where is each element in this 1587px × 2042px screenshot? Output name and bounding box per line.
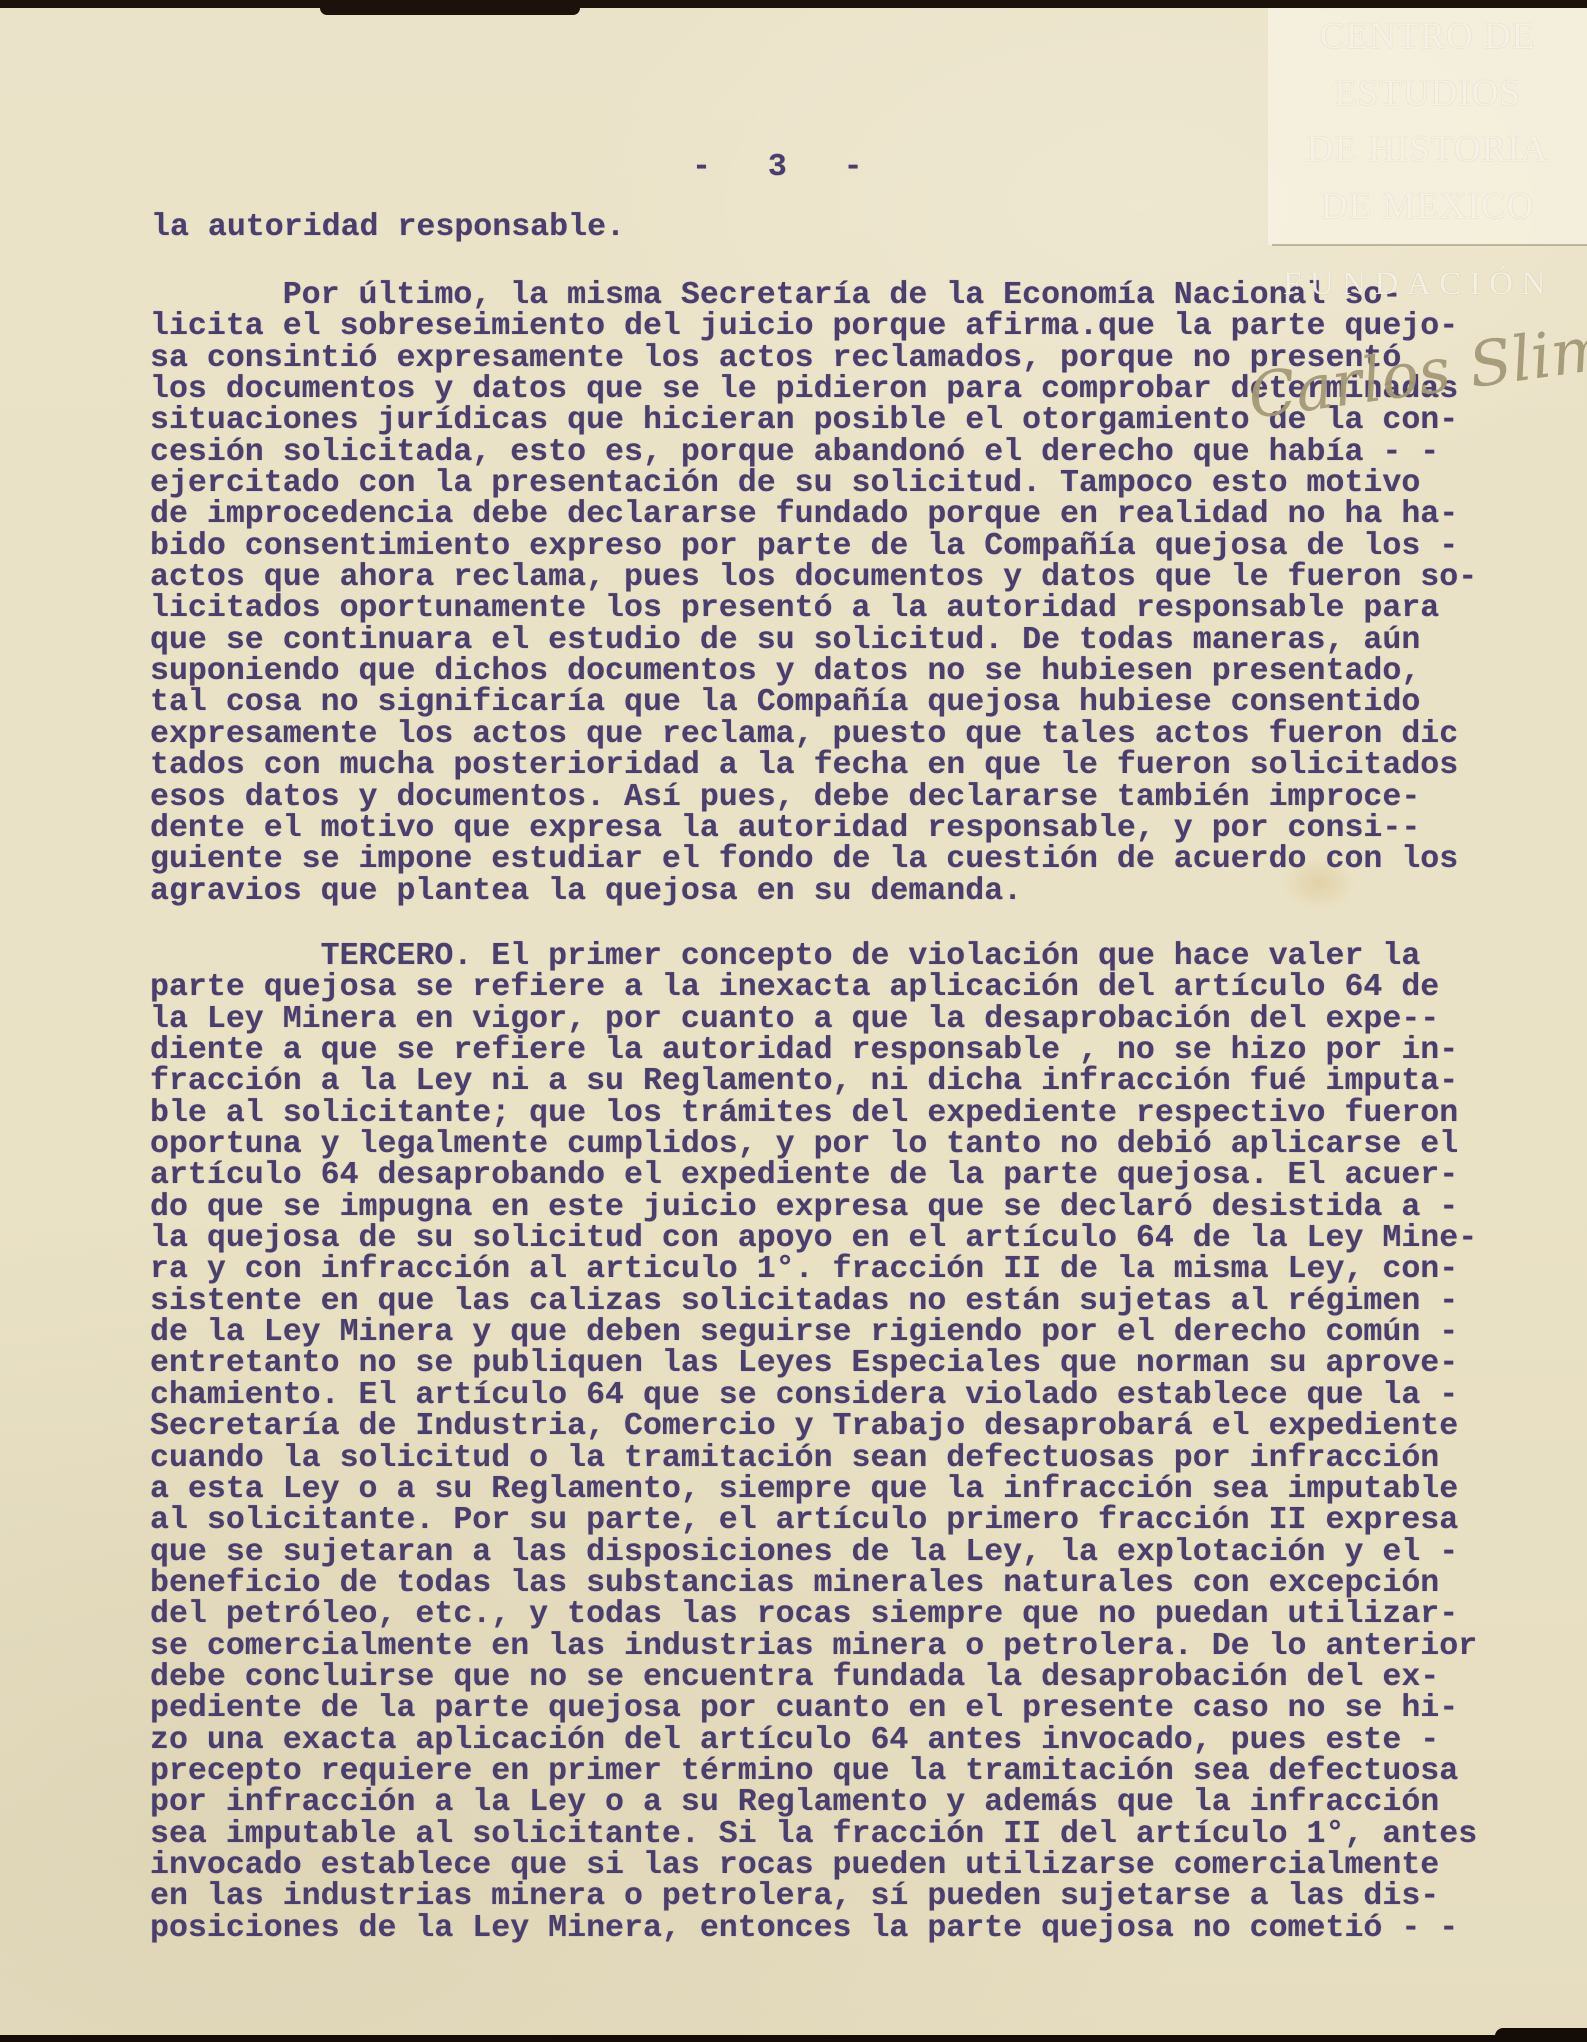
scanned-document-page: - 3 - la autoridad responsable. Por últi…: [0, 0, 1587, 2042]
document-line: de la Ley Minera y que deben seguirse ri…: [150, 1317, 1477, 1348]
page-number: - 3 -: [692, 152, 863, 183]
document-line: que se continuara el estudio de su solic…: [150, 625, 1477, 656]
document-line: TERCERO. El primer concepto de violación…: [150, 941, 1477, 972]
document-line: la Ley Minera en vigor, por cuanto a que…: [150, 1004, 1477, 1035]
watermark-line: DE HISTORIA: [1268, 122, 1587, 179]
watermark-band: CENTRO DEESTUDIOSDE HISTORIADE MEXICO: [1268, 0, 1587, 245]
document-line: tal cosa no significaría que la Compañía…: [150, 687, 1477, 718]
document-line: se comercialmente en las industrias mine…: [150, 1631, 1477, 1662]
document-line: ra y con infracción al articulo 1°. frac…: [150, 1254, 1477, 1285]
signature-text: Carlos Slim: [1244, 312, 1587, 432]
signature: Carlos Slim: [1243, 312, 1587, 432]
document-line: al solicitante. Por su parte, el artícul…: [150, 1505, 1477, 1536]
document-line: esos datos y documentos. Así pues, debe …: [150, 782, 1477, 813]
page-edge-bottom-right: [1495, 2028, 1587, 2042]
document-line: dente el motivo que expresa la autoridad…: [150, 813, 1477, 844]
watermark-line: ESTUDIOS: [1268, 66, 1587, 123]
watermark-title: CENTRO DEESTUDIOSDE HISTORIADE MEXICO: [1268, 0, 1587, 235]
document-line: bido consentimiento expreso por parte de…: [150, 531, 1477, 562]
document-line: parte quejosa se refiere a la inexacta a…: [150, 972, 1477, 1003]
document-line: sistente en que las calizas solicitadas …: [150, 1286, 1477, 1317]
document-line: suponiendo que dichos documentos y datos…: [150, 656, 1477, 687]
document-line: Secretaría de Industria, Comercio y Trab…: [150, 1411, 1477, 1442]
page-edge-top-bump: [320, 0, 580, 15]
document-line: diente a que se refiere la autoridad res…: [150, 1035, 1477, 1066]
document-line: actos que ahora reclama, pues los docume…: [150, 562, 1477, 593]
document-line: ble al solicitante; que los trámites del…: [150, 1098, 1477, 1129]
document-line: en las industrias minera o petrolera, sí…: [150, 1881, 1477, 1912]
opening-line: la autoridad responsable.: [151, 212, 625, 243]
document-line: chamiento. El artículo 64 que se conside…: [150, 1380, 1477, 1411]
page-edge-bottom: [0, 2035, 1587, 2042]
document-line: del petróleo, etc., y todas las rocas si…: [150, 1599, 1477, 1630]
document-line: que se sujetaran a las disposiciones de …: [150, 1537, 1477, 1568]
document-line: entretanto no se publiquen las Leyes Esp…: [150, 1348, 1477, 1379]
document-line: de improcedencia debe declararse fundado…: [150, 499, 1477, 530]
document-line: licitados oportunamente los presentó a l…: [150, 593, 1477, 624]
page-edge-top: [0, 0, 1587, 8]
document-line: do que se impugna en este juicio expresa…: [150, 1192, 1477, 1223]
document-line: fracción a la Ley ni a su Reglamento, ni…: [150, 1066, 1477, 1097]
paragraph-2: TERCERO. El primer concepto de violación…: [150, 941, 1477, 1944]
document-line: precepto requiere en primer término que …: [150, 1756, 1477, 1787]
document-line: ejercitado con la presentación de su sol…: [150, 468, 1477, 499]
document-line: invocado establece que si las rocas pued…: [150, 1850, 1477, 1881]
document-line: la quejosa de su solicitud con apoyo en …: [150, 1223, 1477, 1254]
watermark-foundation: FUNDACIÓN: [1283, 266, 1554, 303]
document-line: oportuna y legalmente cumplidos, y por l…: [150, 1129, 1477, 1160]
document-line: expresamente los actos que reclama, pues…: [150, 719, 1477, 750]
document-line: a esta Ley o a su Reglamento, siempre qu…: [150, 1474, 1477, 1505]
watermark-line: DE MEXICO: [1268, 179, 1587, 236]
document-line: Por último, la misma Secretaría de la Ec…: [150, 280, 1477, 311]
document-line: agravios que plantea la quejosa en su de…: [150, 876, 1477, 907]
watermark-divider: [1272, 244, 1587, 246]
document-line: artículo 64 desaprobando el expediente d…: [150, 1160, 1477, 1191]
document-line: por infracción a la Ley o a su Reglament…: [150, 1787, 1477, 1818]
document-line: debe concluirse que no se encuentra fund…: [150, 1662, 1477, 1693]
watermark-line: CENTRO DE: [1268, 9, 1587, 66]
document-line: guiente se impone estudiar el fondo de l…: [150, 844, 1477, 875]
document-line: pediente de la parte quejosa por cuanto …: [150, 1693, 1477, 1724]
document-line: cesión solicitada, esto es, porque aband…: [150, 437, 1477, 468]
document-line: cuando la solicitud o la tramitación sea…: [150, 1443, 1477, 1474]
document-line: beneficio de todas las substancias miner…: [150, 1568, 1477, 1599]
document-line: tados con mucha posterioridad a la fecha…: [150, 750, 1477, 781]
document-line: zo una exacta aplicación del artículo 64…: [150, 1725, 1477, 1756]
document-line: posiciones de la Ley Minera, entonces la…: [150, 1913, 1477, 1944]
document-line: sea imputable al solicitante. Si la frac…: [150, 1819, 1477, 1850]
